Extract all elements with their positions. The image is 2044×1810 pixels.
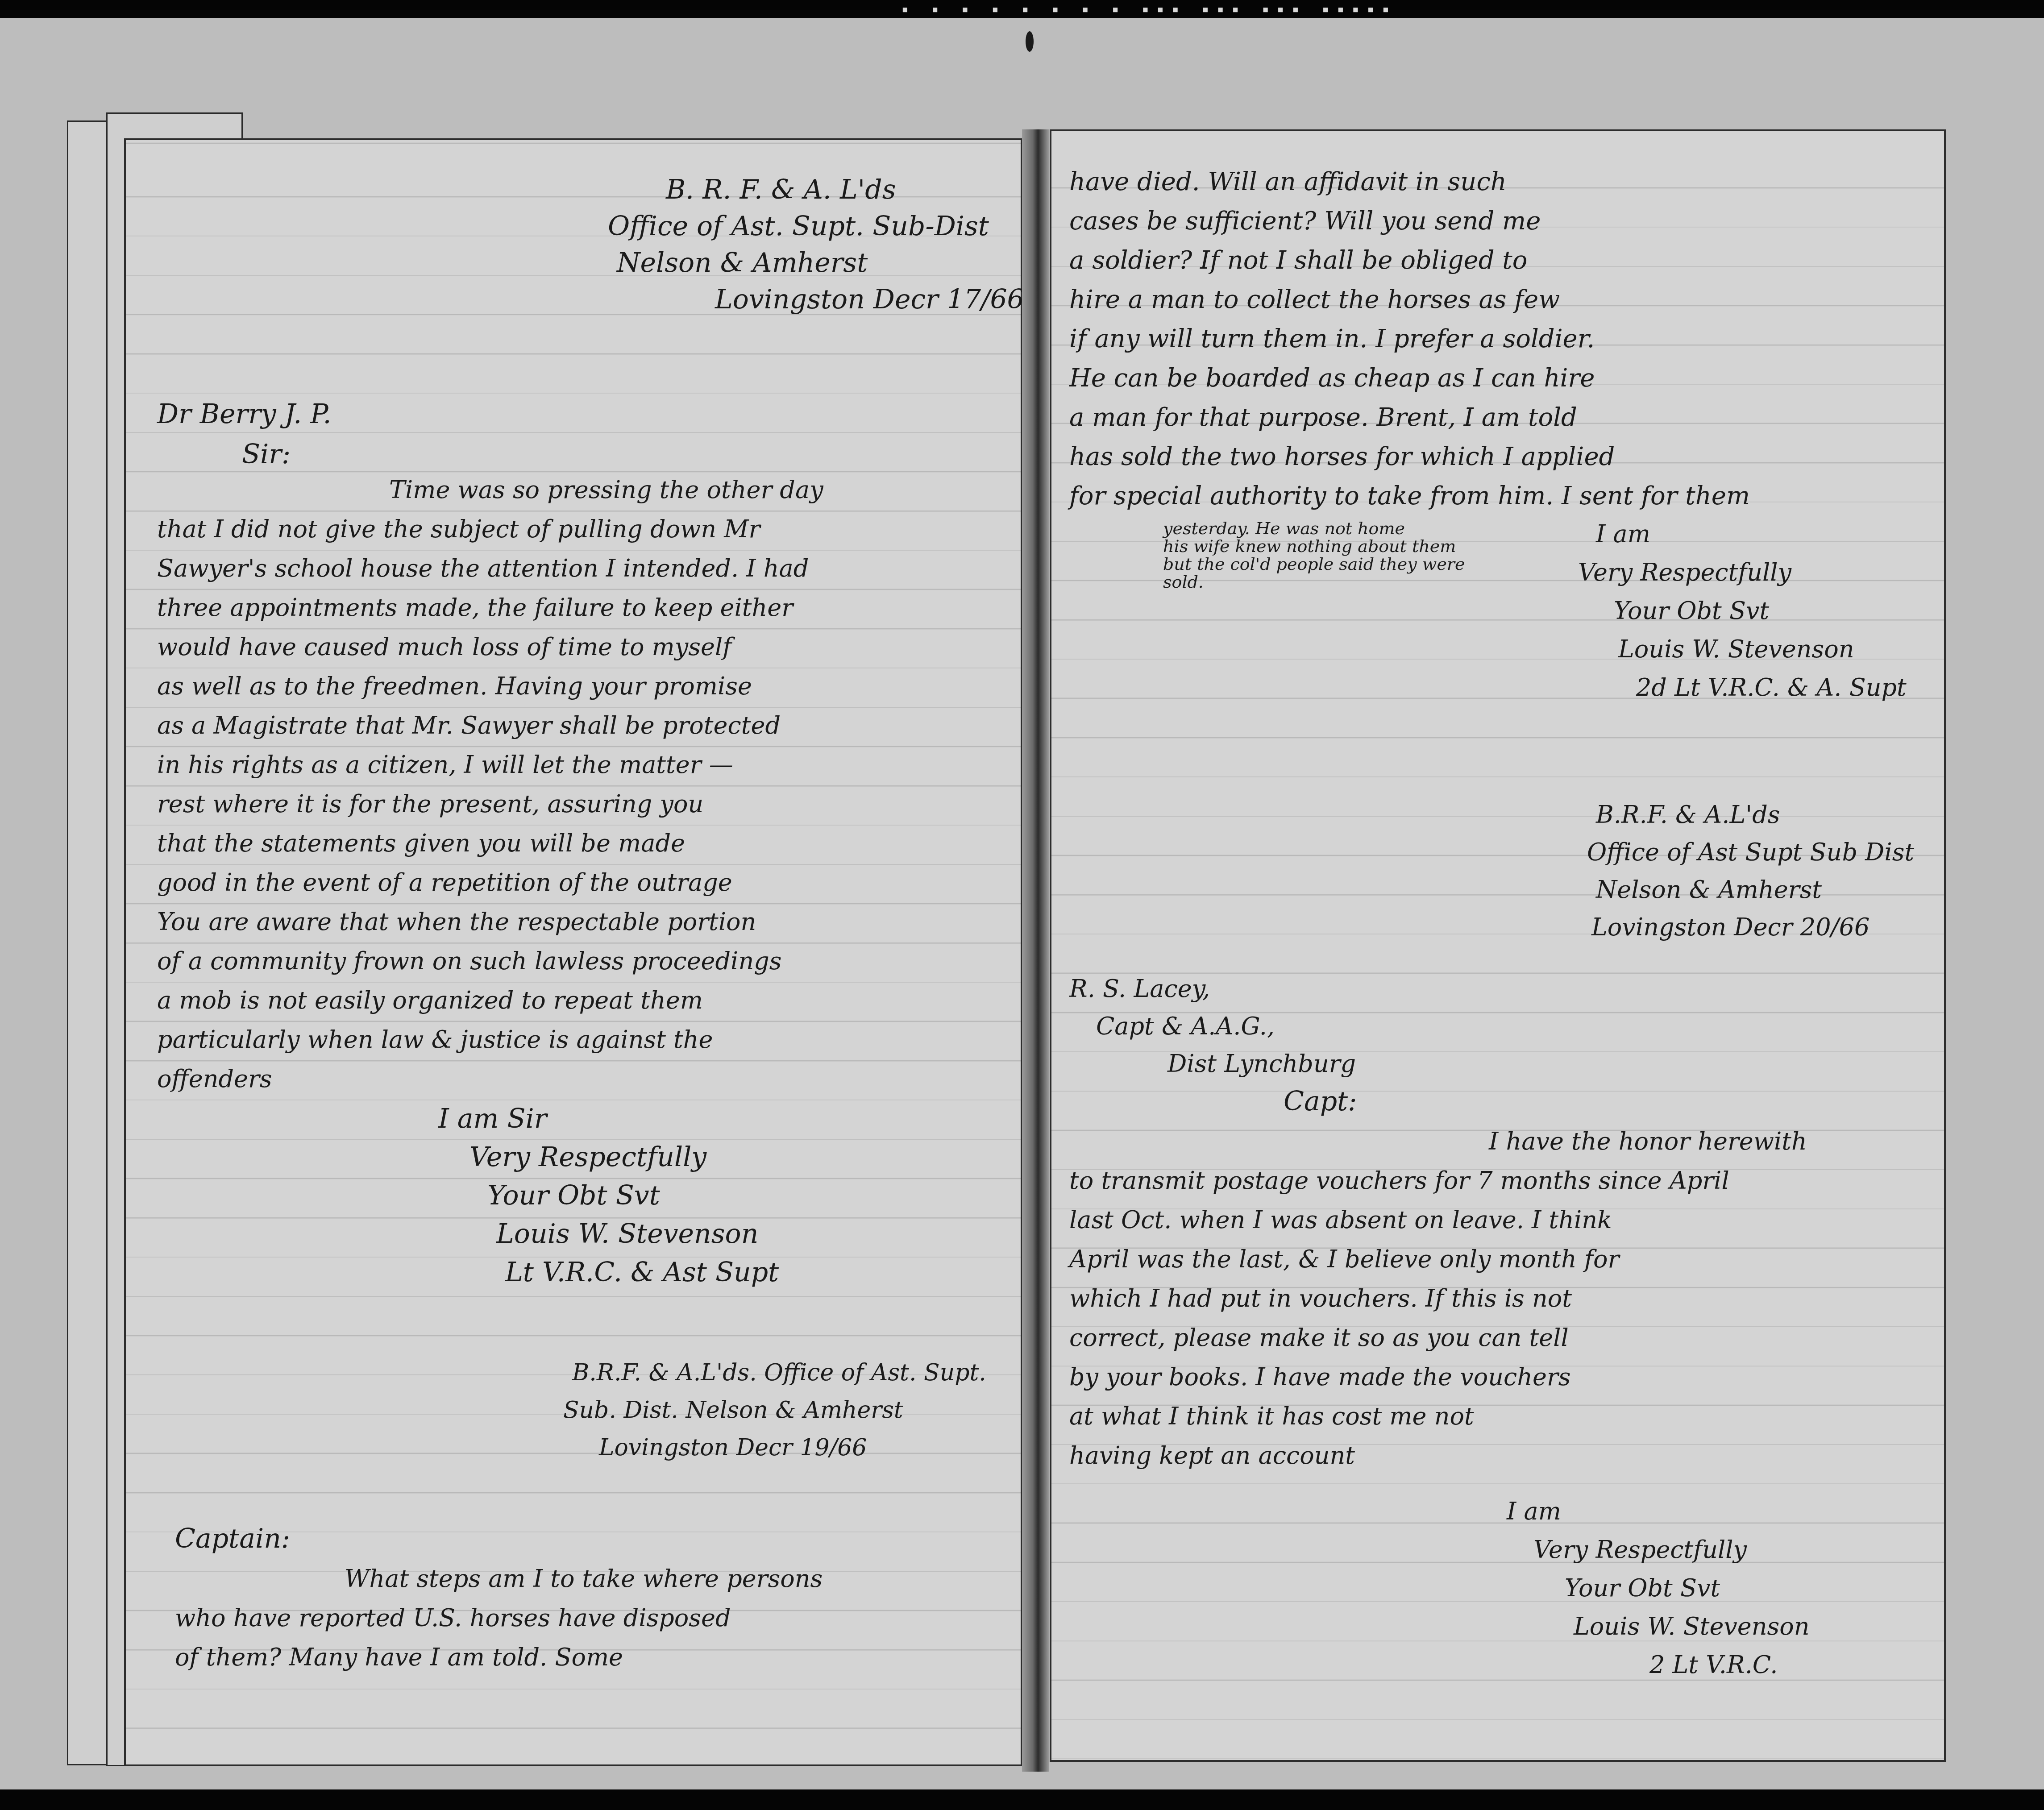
note-line: yesterday. He was not home	[1163, 519, 1465, 537]
book-gutter	[1022, 129, 1049, 1772]
body-line: last Oct. when I was absent on leave. I …	[1069, 1200, 1807, 1240]
closing-line: Very Respectfully	[1498, 1531, 1810, 1569]
heading-line: Sub. Dist. Nelson & Amherst	[563, 1391, 986, 1429]
body-line: to transmit postage vouchers for 7 month…	[1069, 1161, 1807, 1200]
body-line: cases be sufficient? Will you send me	[1069, 202, 1750, 241]
body-line: by your books. I have made the vouchers	[1069, 1357, 1807, 1397]
heading-line: Lovingston Decr 20/66	[1587, 909, 1914, 946]
signature-title: 2 Lt V.R.C.	[1498, 1646, 1810, 1684]
heading-line: B.R.F. & A.L'ds	[1587, 796, 1914, 834]
signature: Louis W. Stevenson	[1578, 630, 1907, 668]
body-line: hire a man to collect the horses as few	[1069, 280, 1750, 320]
body-line: at what I think it has cost me not	[1069, 1397, 1807, 1436]
closing-line: I am	[1498, 1492, 1810, 1531]
margin-note: yesterday. He was not home his wife knew…	[1163, 519, 1465, 591]
body-line: would have caused much loss of time to m…	[157, 627, 823, 667]
note-line: but the col'd people said they were	[1163, 555, 1465, 573]
right-page: have died. Will an affidavit in such cas…	[1050, 129, 1946, 1762]
body-line: a mob is not easily organized to repeat …	[157, 981, 823, 1020]
closing-line: I am	[1578, 515, 1907, 553]
body-line: a man for that purpose. Brent, I am told	[1069, 398, 1750, 437]
body-line: that I did not give the subject of pulli…	[157, 510, 823, 549]
closing-line: Very Respectfully	[1578, 553, 1907, 592]
heading-line: B.R.F. & A.L'ds. Office of Ast. Supt.	[572, 1354, 986, 1391]
body-line: rest where it is for the present, assuri…	[157, 785, 823, 824]
body-line: who have reported U.S. horses have dispo…	[175, 1598, 823, 1638]
letter-1-salutation: Sir:	[242, 435, 291, 474]
note-line: sold.	[1163, 573, 1465, 591]
body-line: April was the last, & I believe only mon…	[1069, 1240, 1807, 1279]
body-line: for special authority to take from him. …	[1069, 477, 1750, 516]
body-line: has sold the two horses for which I appl…	[1069, 437, 1750, 477]
closing-line: I am Sir	[438, 1100, 779, 1138]
recipient-line: Capt & A.A.G.,	[1069, 1008, 1356, 1045]
body-line: as a Magistrate that Mr. Sawyer shall be…	[157, 706, 823, 745]
signature: Louis W. Stevenson	[438, 1215, 779, 1253]
closing-line: Your Obt Svt	[1498, 1569, 1810, 1607]
body-line: Sawyer's school house the attention I in…	[157, 549, 823, 588]
body-line: What steps am I to take where persons	[175, 1559, 823, 1598]
body-line: He can be boarded as cheap as I can hire	[1069, 359, 1750, 398]
body-line: particularly when law & justice is again…	[157, 1020, 823, 1059]
letter-1-recipient: Dr Berry J. P.	[157, 394, 332, 434]
closing-line: Your Obt Svt	[438, 1176, 779, 1215]
letter-1-heading: B. R. F. & A. L'ds Office of Ast. Supt. …	[608, 171, 1024, 318]
heading-line: Nelson & Amherst	[1587, 871, 1914, 909]
body-line: if any will turn them in. I prefer a sol…	[1069, 320, 1750, 359]
binding-hole	[1026, 31, 1034, 52]
body-line: good in the event of a repetition of the…	[157, 863, 823, 902]
body-line: which I had put in vouchers. If this is …	[1069, 1279, 1807, 1318]
letter-2-continued-body: have died. Will an affidavit in such cas…	[1069, 162, 1750, 516]
microfilm-bottom-edge	[0, 1789, 2044, 1810]
signature: Louis W. Stevenson	[1498, 1607, 1810, 1646]
body-line: as well as to the freedmen. Having your …	[157, 667, 823, 706]
recipient-line: R. S. Lacey,	[1069, 970, 1356, 1008]
body-line: of a community frown on such lawless pro…	[157, 942, 823, 981]
letter-2-salutation: Captain:	[175, 1519, 290, 1558]
letter-1-closing: I am Sir Very Respectfully Your Obt Svt …	[438, 1100, 779, 1291]
body-line: having kept an account	[1069, 1436, 1807, 1475]
left-page: B. R. F. & A. L'ds Office of Ast. Supt. …	[124, 138, 1022, 1766]
letter-3-salutation: Capt:	[1284, 1082, 1357, 1121]
letter-1-body: Time was so pressing the other day that …	[157, 470, 823, 1099]
body-line: a soldier? If not I shall be obliged to	[1069, 241, 1750, 280]
letter-3-closing: I am Very Respectfully Your Obt Svt Loui…	[1498, 1492, 1810, 1684]
body-line: of them? Many have I am told. Some	[175, 1638, 823, 1677]
letter-2-body: What steps am I to take where persons wh…	[175, 1559, 823, 1677]
signature-title: Lt V.R.C. & Ast Supt	[438, 1253, 779, 1291]
heading-line: Lovingston Decr 17/66	[608, 281, 1024, 318]
body-line: in his rights as a citizen, I will let t…	[157, 745, 823, 785]
heading-line: B. R. F. & A. L'ds	[608, 171, 1024, 208]
letter-3-recipient: R. S. Lacey, Capt & A.A.G., Dist Lynchbu…	[1069, 970, 1356, 1083]
recipient-line: Dist Lynchburg	[1069, 1045, 1356, 1083]
microfilm-strip: ▪ ▪ ▪ ▪ ▪ ▪ ▪ ▪ ▪▪▪ ▪▪▪ ▪▪▪ ▪▪▪▪▪	[0, 0, 2044, 18]
note-line: his wife knew nothing about them	[1163, 537, 1465, 555]
body-line: that the statements given you will be ma…	[157, 824, 823, 863]
body-line: correct, please make it so as you can te…	[1069, 1318, 1807, 1357]
closing-line: Very Respectfully	[438, 1138, 779, 1176]
body-line: You are aware that when the respectable …	[157, 902, 823, 942]
body-line: offenders	[157, 1059, 823, 1099]
body-line: I have the honor herewith	[1069, 1122, 1807, 1161]
body-line: Time was so pressing the other day	[157, 470, 823, 510]
heading-line: Office of Ast. Supt. Sub-Dist	[608, 208, 1024, 245]
heading-line: Lovingston Decr 19/66	[572, 1429, 986, 1466]
body-line: three appointments made, the failure to …	[157, 588, 823, 627]
heading-line: Nelson & Amherst	[608, 245, 1024, 281]
letter-2-closing: I am Very Respectfully Your Obt Svt Loui…	[1578, 515, 1907, 707]
letter-2-heading: B.R.F. & A.L'ds. Office of Ast. Supt. Su…	[572, 1354, 986, 1466]
film-frame-marks: ▪ ▪ ▪ ▪ ▪ ▪ ▪ ▪ ▪▪▪ ▪▪▪ ▪▪▪ ▪▪▪▪▪	[902, 3, 1397, 16]
letter-3-heading: B.R.F. & A.L'ds Office of Ast Supt Sub D…	[1587, 796, 1914, 946]
body-line: have died. Will an affidavit in such	[1069, 162, 1750, 202]
closing-line: Your Obt Svt	[1578, 592, 1907, 630]
heading-line: Office of Ast Supt Sub Dist	[1587, 834, 1914, 871]
letter-3-body: I have the honor herewith to transmit po…	[1069, 1122, 1807, 1475]
signature-title: 2d Lt V.R.C. & A. Supt	[1578, 668, 1907, 707]
